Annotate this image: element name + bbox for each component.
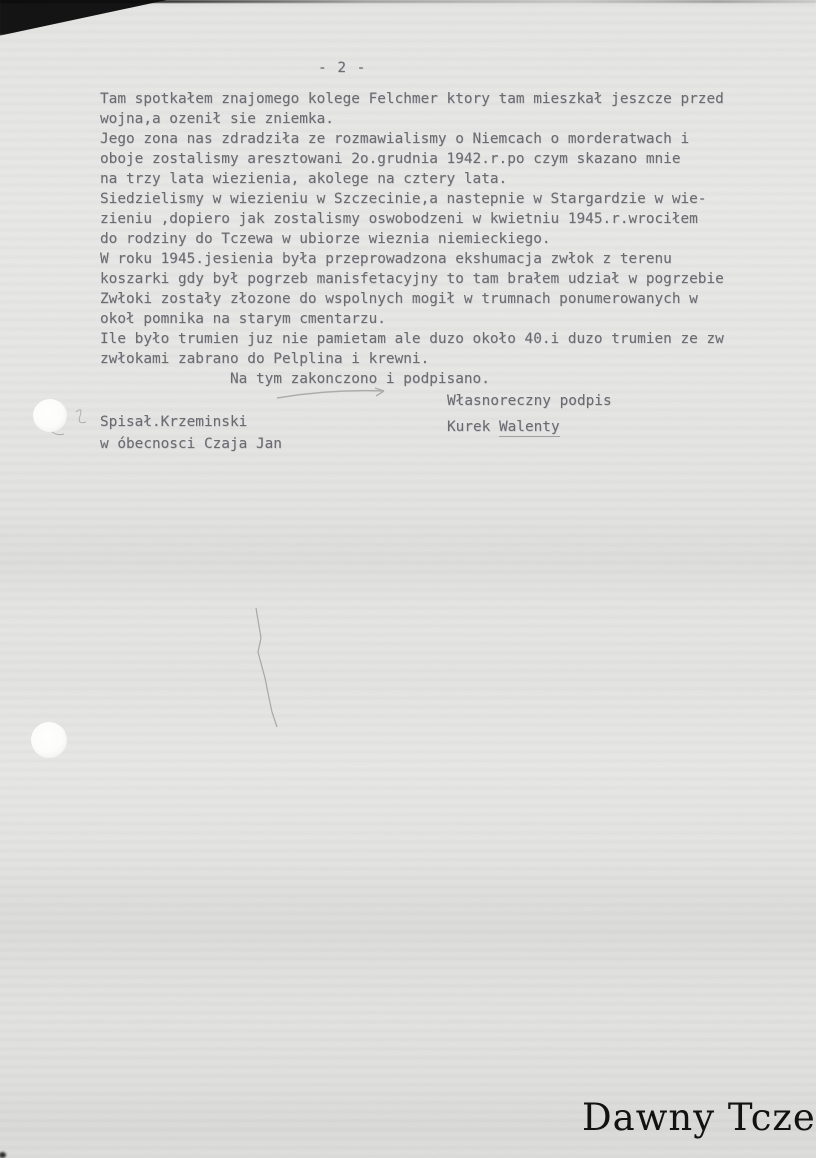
witness-line: w óbecnosci Czaja Jan bbox=[100, 436, 282, 452]
typed-line: koszarki gdy był pogrzeb manisfetacyjny … bbox=[100, 269, 724, 289]
typed-line: Siedzielismy w wiezieniu w Szczecinie,a … bbox=[100, 189, 724, 209]
scanned-document-page: - 2 - Tam spotkałem znajomego kolege Fel… bbox=[0, 0, 816, 1158]
typed-line: Tam spotkałem znajomego kolege Felchmer … bbox=[100, 89, 724, 109]
scan-shade-band bbox=[0, 860, 816, 1020]
scratch-mark bbox=[256, 608, 277, 727]
typed-line: wojna,a ozenił sie zniemka. bbox=[100, 109, 724, 129]
watermark: Dawny Tczew bbox=[582, 1096, 816, 1139]
pen-stroke-arrow bbox=[277, 388, 384, 398]
typed-line: Na tym zakonczono i podpisano. bbox=[100, 369, 724, 389]
typed-line: do rodziny do Tczewa w ubiorze wieznia n… bbox=[100, 229, 724, 249]
typed-line: Jego zona nas zdradziła ze rozmawialismy… bbox=[100, 129, 724, 149]
scan-shade-band bbox=[0, 512, 816, 632]
typed-line: okoł pomnika na starym cmentarzu. bbox=[100, 309, 724, 329]
typed-line: na trzy lata wiezienia, akolege na czter… bbox=[100, 169, 724, 189]
punch-hole-bottom bbox=[31, 722, 67, 758]
typed-line: oboje zostalismy aresztowani 2o.grudnia … bbox=[100, 149, 724, 169]
scanner-corner-shadow bbox=[0, 0, 176, 36]
bottom-edge-speck bbox=[0, 1152, 6, 1158]
signature-name: Kurek Walenty bbox=[447, 419, 560, 435]
signature-name-first: Kurek bbox=[447, 419, 499, 435]
signature-name-underlined: Walenty bbox=[499, 419, 560, 437]
typed-line: Ile było trumien juz nie pamietam ale du… bbox=[100, 329, 724, 349]
scanner-top-edge-shadow bbox=[0, 0, 816, 3]
typed-line: zwłokami zabrano do Pelplina i krewni. bbox=[100, 349, 724, 369]
signature-caption: Własnoreczny podpis bbox=[447, 393, 612, 409]
page-number: - 2 - bbox=[318, 60, 366, 76]
recorder-line: Spisał.Krzeminski bbox=[100, 414, 247, 430]
typed-line: zieniu ,dopiero jak zostalismy oswobodze… bbox=[100, 209, 724, 229]
punch-hole-top bbox=[33, 399, 67, 432]
typewritten-body: Tam spotkałem znajomego kolege Felchmer … bbox=[100, 89, 724, 389]
typed-line: Zwłoki zostały złozone do wspolnych mogi… bbox=[100, 289, 724, 309]
typed-line: W roku 1945.jesienia była przeprowadzona… bbox=[100, 249, 724, 269]
